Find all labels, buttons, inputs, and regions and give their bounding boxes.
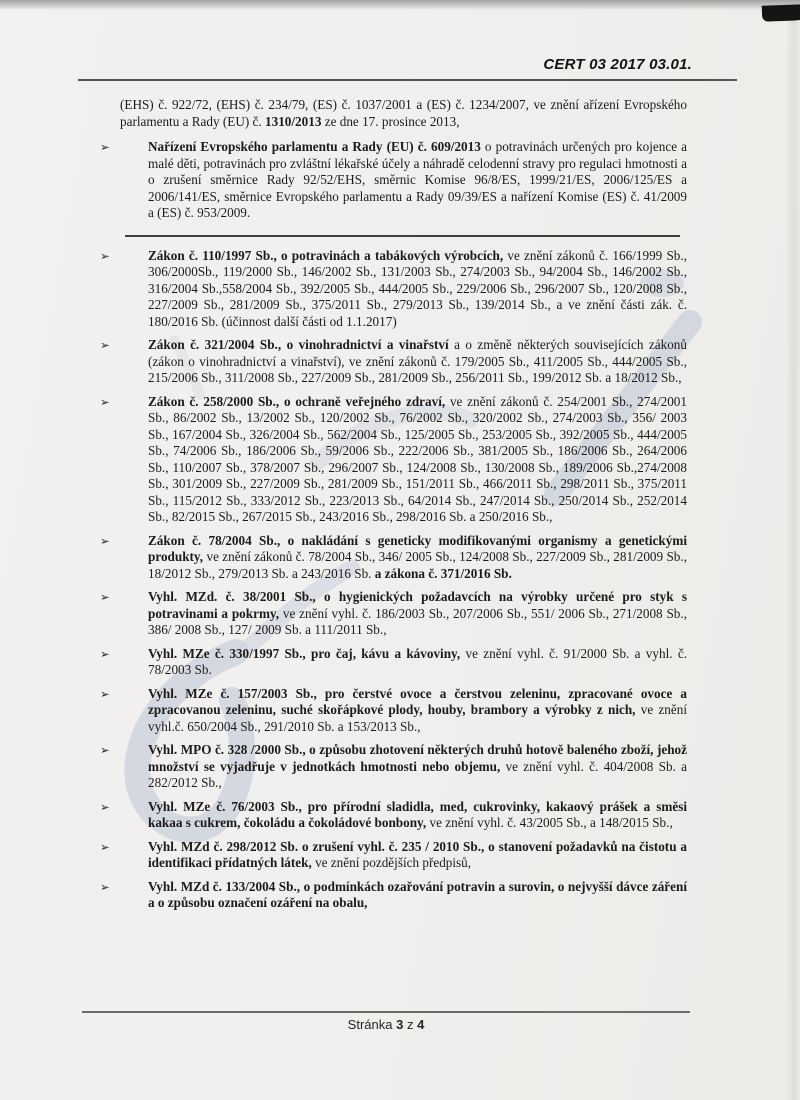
bullet-arrow-icon: ➢ [100,338,110,355]
bullet-arrow-icon: ➢ [100,590,110,607]
intro-text-bold: 1310/2013 [265,114,321,129]
scan-top-edge [0,0,800,10]
scan-right-edge [786,20,800,1100]
regulation-item: ➢Zákon č. 110/1997 Sb., o potravinách a … [95,248,687,331]
bullet-arrow-icon: ➢ [100,800,110,817]
regulation-item: ➢Vyhl. MZd. č. 38/2001 Sb., o hygienický… [95,589,687,639]
regulation-item: ➢Zákon č. 78/2004 Sb., o nakládání s gen… [95,533,687,583]
regulation-item: ➢Vyhl. MZe č. 76/2003 Sb., pro přírodní … [95,799,687,832]
regulation-item: ➢Vyhl. MZd č. 298/2012 Sb. o zrušení vyh… [95,839,687,872]
bullet-arrow-icon: ➢ [100,687,110,704]
intro-paragraph: (EHS) č. 922/72, (EHS) č. 234/79, (ES) č… [120,97,687,130]
intro-text-post: ze dne 17. prosince 2013, [321,114,459,129]
header-rule [78,79,737,81]
bullet-arrow-icon: ➢ [100,840,110,857]
regulation-item: ➢Vyhl. MZe č. 330/1997 Sb., pro čaj, káv… [95,646,687,679]
footer-page-number: 3 [396,1017,403,1032]
bullet-arrow-icon: ➢ [100,743,110,760]
regulation-bold-tail: a zákona č. 371/2016 Sb. [375,566,512,581]
regulation-item: ➢Vyhl. MZd č. 133/2004 Sb., o podmínkách… [95,879,687,912]
document-header-code: CERT 03 2017 03.01. [543,56,692,73]
footer-rule [82,1011,690,1013]
regulation-amendments: ve znění zákonů č. 254/2001 Sb., 274/200… [148,394,687,525]
scanned-document-page: CERT 03 2017 03.01. (EHS) č. 922/72, (EH… [0,0,800,1100]
bullet-arrow-icon: ➢ [100,880,110,897]
footer-label: Stránka [348,1017,393,1032]
regulation-item: ➢Nařízení Evropského parlamentu a Rady (… [95,139,687,222]
regulation-title: Zákon č. 110/1997 Sb., o potravinách a t… [148,248,503,263]
document-body: (EHS) č. 922/72, (EHS) č. 234/79, (ES) č… [95,97,687,919]
bullet-arrow-icon: ➢ [100,249,110,266]
regulation-title: Vyhl. MZe č. 157/2003 Sb., pro čerstvé o… [148,686,687,718]
regulation-item: ➢Vyhl. MZe č. 157/2003 Sb., pro čerstvé … [95,686,687,736]
bullet-arrow-icon: ➢ [100,140,110,157]
regulation-item: ➢Zákon č. 321/2004 Sb., o vinohradnictví… [95,337,687,387]
footer-of-label: z [407,1017,414,1032]
regulation-title: Zákon č. 258/2000 Sb., o ochraně veřejné… [148,394,445,409]
regulation-item: ➢Zákon č. 258/2000 Sb., o ochraně veřejn… [95,394,687,526]
footer-total-pages: 4 [417,1017,424,1032]
regulation-amendments: ve znění pozdějších předpisů, [312,855,471,870]
section-separator-rule [125,235,680,237]
regulation-list-national: ➢Zákon č. 110/1997 Sb., o potravinách a … [95,248,687,912]
page-footer: Stránka 3 z 4 [82,1017,690,1032]
bullet-arrow-icon: ➢ [100,534,110,551]
regulation-title: Vyhl. MZd č. 133/2004 Sb., o podmínkách … [148,879,687,911]
regulation-title: Zákon č. 321/2004 Sb., o vinohradnictví … [148,337,449,352]
bullet-arrow-icon: ➢ [100,647,110,664]
bullet-arrow-icon: ➢ [100,395,110,412]
regulation-title: Vyhl. MZe č. 330/1997 Sb., pro čaj, kávu… [148,646,460,661]
regulation-title: Nařízení Evropského parlamentu a Rady (E… [148,139,481,154]
regulation-amendments: ve znění vyhl. č. 43/2005 Sb., a 148/201… [426,815,673,830]
regulation-list-eu: ➢Nařízení Evropského parlamentu a Rady (… [95,139,687,222]
regulation-item: ➢Vyhl. MPO č. 328 /2000 Sb., o způsobu z… [95,742,687,792]
